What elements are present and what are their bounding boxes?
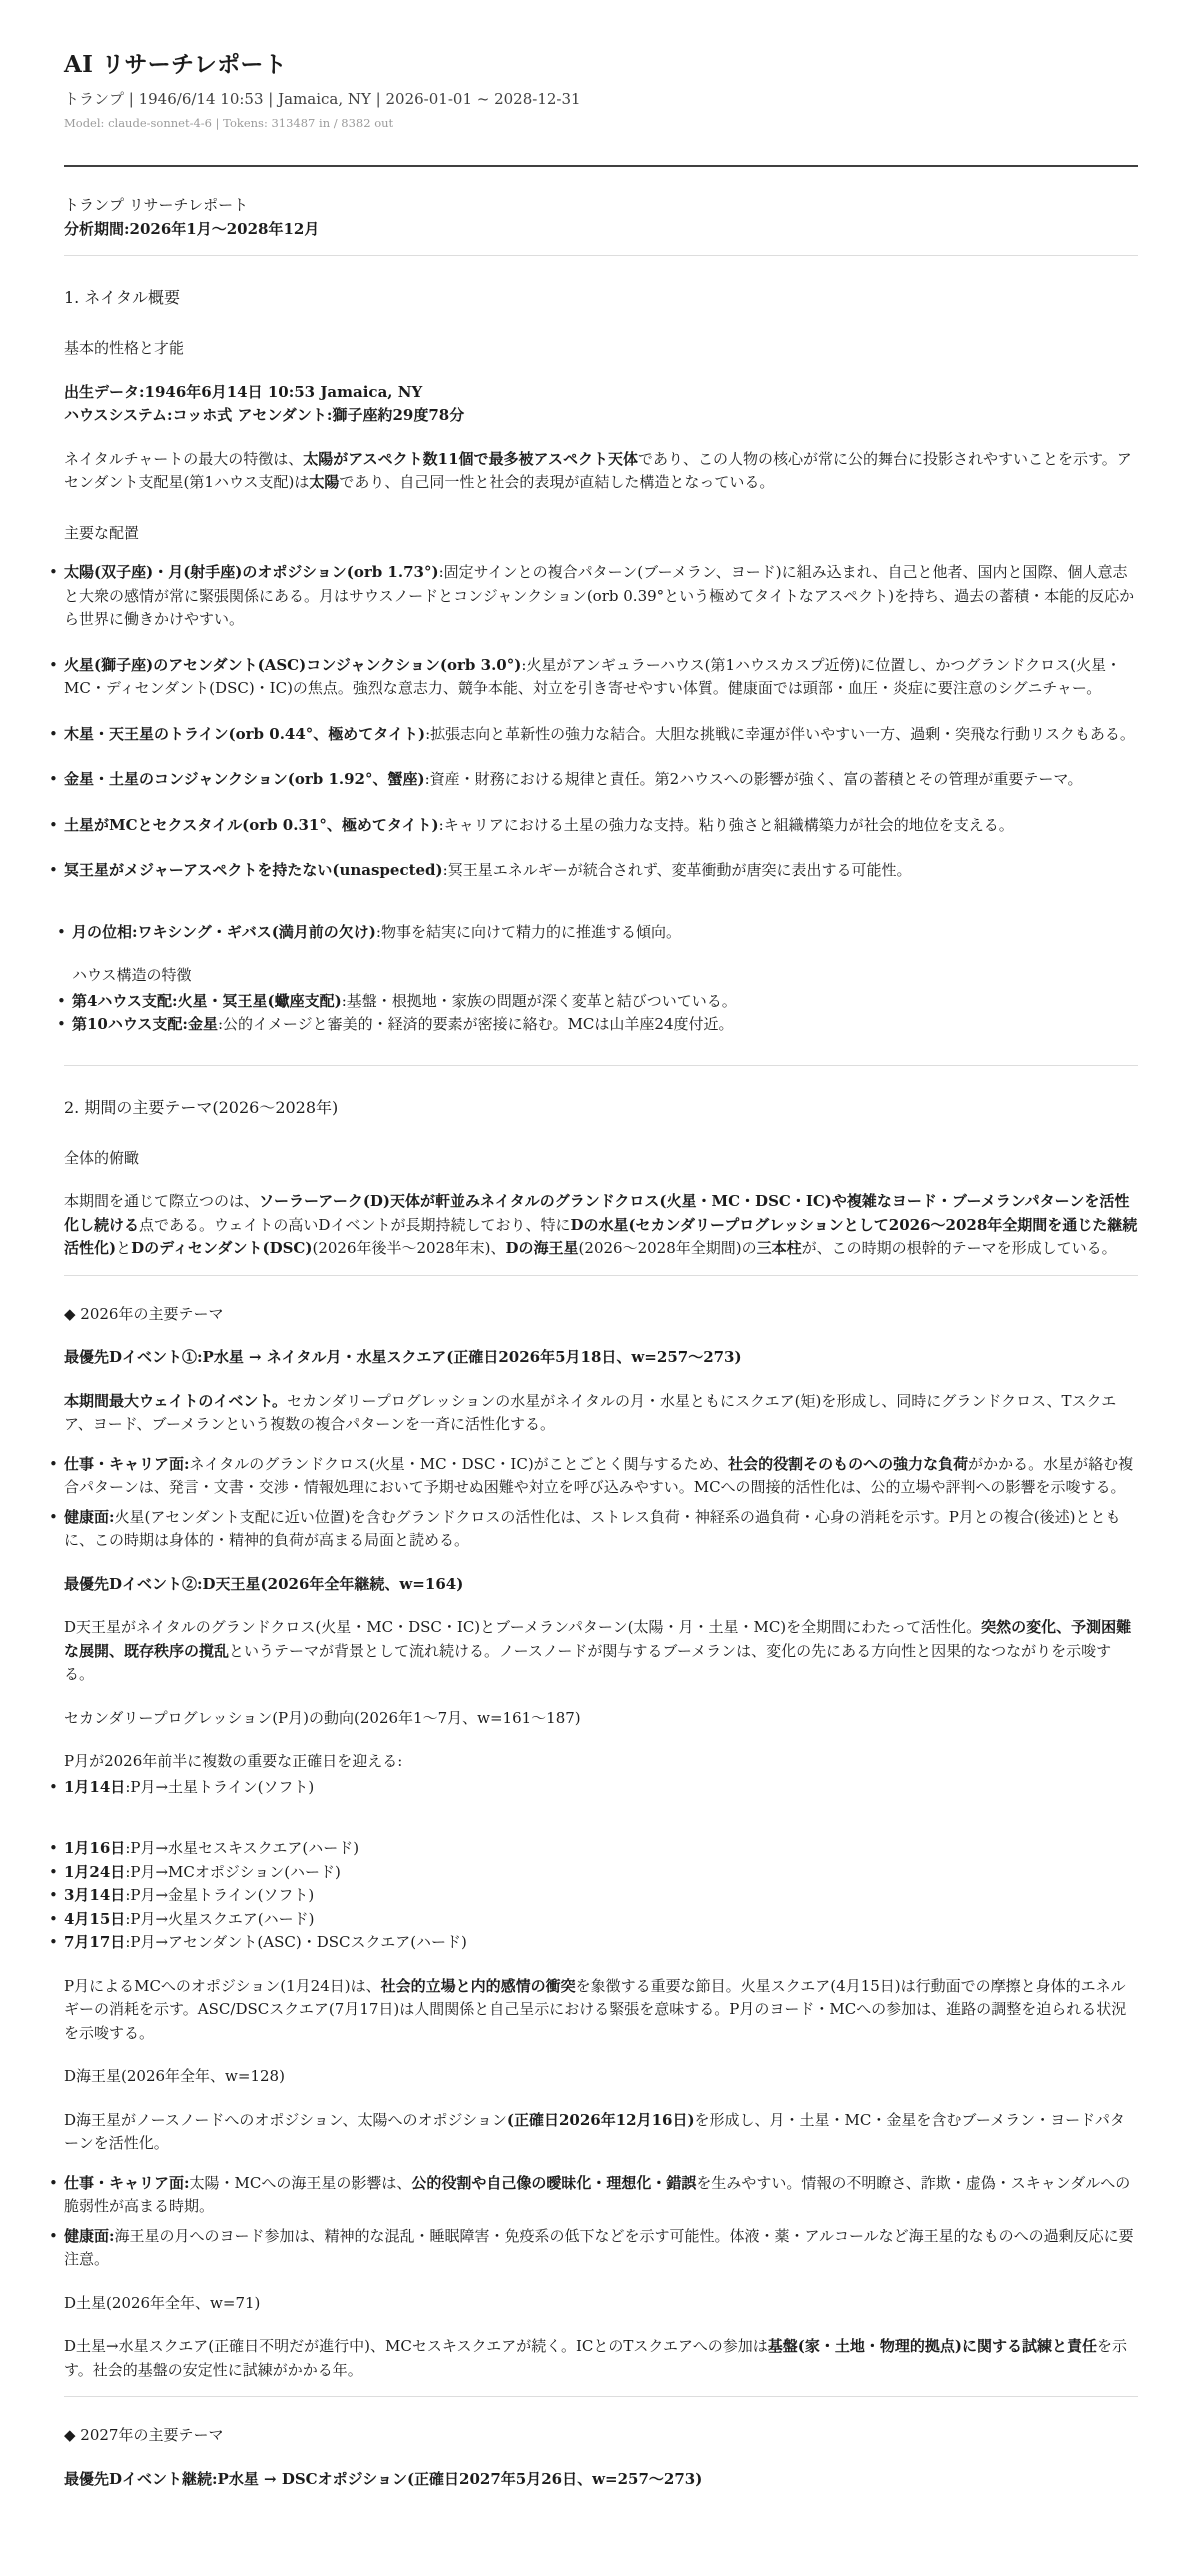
bullet-item: 1月16日:P月→水星セスキスクエア(ハード) xyxy=(64,1837,1138,1861)
bullet-item: 土星がMCとセクスタイル(orb 0.31°、極めてタイト):キャリアにおける土… xyxy=(64,814,1138,838)
paragraph: 本期間最大ウェイトのイベント。セカンダリープログレッションの水星がネイタルの月・… xyxy=(64,1390,1138,1437)
section-divider xyxy=(64,2396,1138,2397)
report-header: AI リサーチレポート トランプ | 1946/6/14 10:53 | Jam… xyxy=(64,50,1138,132)
section-divider xyxy=(64,1065,1138,1066)
bullet-item: 第10ハウス支配:金星:公的イメージと審美的・経済的要素が密接に絡む。MCは山羊… xyxy=(72,1013,1138,1037)
bullet-item: 仕事・キャリア面:太陽・MCへの海王星の影響は、公的役割や自己像の曖昧化・理想化… xyxy=(64,2172,1138,2219)
bullet-item: 冥王星がメジャーアスペクトを持たない(unaspected):冥王星エネルギーが… xyxy=(64,859,1138,883)
subsection-heading: 主要な配置 xyxy=(64,522,1138,546)
bullet-item: 7月17日:P月→アセンダント(ASC)・DSCスクエア(ハード) xyxy=(64,1931,1138,1955)
paragraph: D土星→水星スクエア(正確日不明だが進行中)、MCセスキスクエアが続く。ICとの… xyxy=(64,2335,1138,2382)
bullet-list: 1月16日:P月→水星セスキスクエア(ハード)1月24日:P月→MCオポジション… xyxy=(64,1837,1138,1955)
subsection-heading: 基本的性格と才能 xyxy=(64,337,1138,361)
bullet-list: 仕事・キャリア面:ネイタルのグランドクロス(火星・MC・DSC・IC)がことごと… xyxy=(64,1453,1138,1553)
subsection-heading: ◆ 2026年の主要テーマ xyxy=(64,1303,1138,1327)
paragraph: トランプ リサーチレポート分析期間:2026年1月〜2028年12月 xyxy=(64,194,1138,241)
paragraph: P月が2026年前半に複数の重要な正確日を迎える: xyxy=(64,1750,1138,1774)
bullet-item: 1月24日:P月→MCオポジション(ハード) xyxy=(64,1861,1138,1885)
text-line: ハウス構造の特徴 xyxy=(72,964,1138,988)
subsection-heading: ◆ 2027年の主要テーマ xyxy=(64,2424,1138,2448)
paragraph: セカンダリープログレッション(P月)の動向(2026年1〜7月、w=161〜18… xyxy=(64,1707,1138,1731)
bullet-list: 仕事・キャリア面:太陽・MCへの海王星の影響は、公的役割や自己像の曖昧化・理想化… xyxy=(64,2172,1138,2272)
bullet-item: 金星・土星のコンジャンクション(orb 1.92°、蟹座):資産・財務における規… xyxy=(64,768,1138,792)
subsection-heading: 全体的俯瞰 xyxy=(64,1147,1138,1171)
bullet-item: 健康面:海王星の月へのヨード参加は、精神的な混乱・睡眠障害・免疫系の低下などを示… xyxy=(64,2225,1138,2272)
paragraph: ネイタルチャートの最大の特徴は、太陽がアスペクト数11個で最多被アスペクト天体で… xyxy=(64,448,1138,495)
bullet-item: 太陽(双子座)・月(射手座)のオポジション(orb 1.73°):固定サインとの… xyxy=(64,561,1138,632)
bullet-item: 3月14日:P月→金星トライン(ソフト) xyxy=(64,1884,1138,1908)
paragraph: P月によるMCへのオポジション(1月24日)は、社会的立場と内的感情の衝突を象徴… xyxy=(64,1975,1138,2046)
paragraph: 本期間を通じて際立つのは、ソーラーアーク(D)天体が軒並みネイタルのグランドクロ… xyxy=(64,1190,1138,1261)
section-heading: 2. 期間の主要テーマ(2026〜2028年) xyxy=(64,1096,1138,1120)
bullet-item: 月の位相:ワキシング・ギバス(満月前の欠け):物事を結実に向けて精力的に推進する… xyxy=(72,921,1138,945)
header-divider xyxy=(64,165,1138,167)
bullet-list: 第4ハウス支配:火星・冥王星(蠍座支配):基盤・根拠地・家族の問題が深く変革と結… xyxy=(72,990,1138,1037)
paragraph: D天王星がネイタルのグランドクロス(火星・MC・DSC・IC)とブーメランパター… xyxy=(64,1616,1138,1687)
bullet-item: 仕事・キャリア面:ネイタルのグランドクロス(火星・MC・DSC・IC)がことごと… xyxy=(64,1453,1138,1500)
paragraph: D土星(2026年全年、w=71) xyxy=(64,2292,1138,2316)
page-title: AI リサーチレポート xyxy=(64,50,1138,80)
bullet-list: 1月14日:P月→土星トライン(ソフト) xyxy=(64,1776,1138,1800)
bullet-list: 太陽(双子座)・月(射手座)のオポジション(orb 1.73°):固定サインとの… xyxy=(64,561,1138,883)
report-body: トランプ リサーチレポート分析期間:2026年1月〜2028年12月1. ネイタ… xyxy=(64,194,1138,2491)
paragraph: D海王星(2026年全年、w=128) xyxy=(64,2065,1138,2089)
paragraph: 最優先Dイベント①:P水星 → ネイタル月・水星スクエア(正確日2026年5月1… xyxy=(64,1346,1138,1370)
bullet-item: 木星・天王星のトライン(orb 0.44°、極めてタイト):拡張志向と革新性の強… xyxy=(64,723,1138,747)
paragraph: D海王星がノースノードへのオポジション、太陽へのオポジション(正確日2026年1… xyxy=(64,2109,1138,2156)
bullet-item: 4月15日:P月→火星スクエア(ハード) xyxy=(64,1908,1138,1932)
report-subtitle: トランプ | 1946/6/14 10:53 | Jamaica, NY | 2… xyxy=(64,89,1138,110)
bullet-list: 月の位相:ワキシング・ギバス(満月前の欠け):物事を結実に向けて精力的に推進する… xyxy=(72,921,1138,945)
paragraph: 最優先Dイベント継続:P水星 → DSCオポジション(正確日2027年5月26日… xyxy=(64,2468,1138,2492)
paragraph: 最優先Dイベント②:D天王星(2026年全年継続、w=164) xyxy=(64,1573,1138,1597)
report-page: AI リサーチレポート トランプ | 1946/6/14 10:53 | Jam… xyxy=(0,0,1200,2551)
bullet-item: 健康面:火星(アセンダント支配に近い位置)を含むグランドクロスの活性化は、ストレ… xyxy=(64,1506,1138,1553)
bullet-item: 第4ハウス支配:火星・冥王星(蠍座支配):基盤・根拠地・家族の問題が深く変革と結… xyxy=(72,990,1138,1014)
section-heading: 1. ネイタル概要 xyxy=(64,286,1138,310)
bullet-item: 1月14日:P月→土星トライン(ソフト) xyxy=(64,1776,1138,1800)
section-divider xyxy=(64,255,1138,256)
section-divider xyxy=(64,1275,1138,1276)
paragraph: 出生データ:1946年6月14日 10:53 Jamaica, NYハウスシステ… xyxy=(64,381,1138,428)
bullet-item: 火星(獅子座)のアセンダント(ASC)コンジャンクション(orb 3.0°):火… xyxy=(64,654,1138,701)
model-info: Model: claude-sonnet-4-6 | Tokens: 31348… xyxy=(64,115,1138,132)
